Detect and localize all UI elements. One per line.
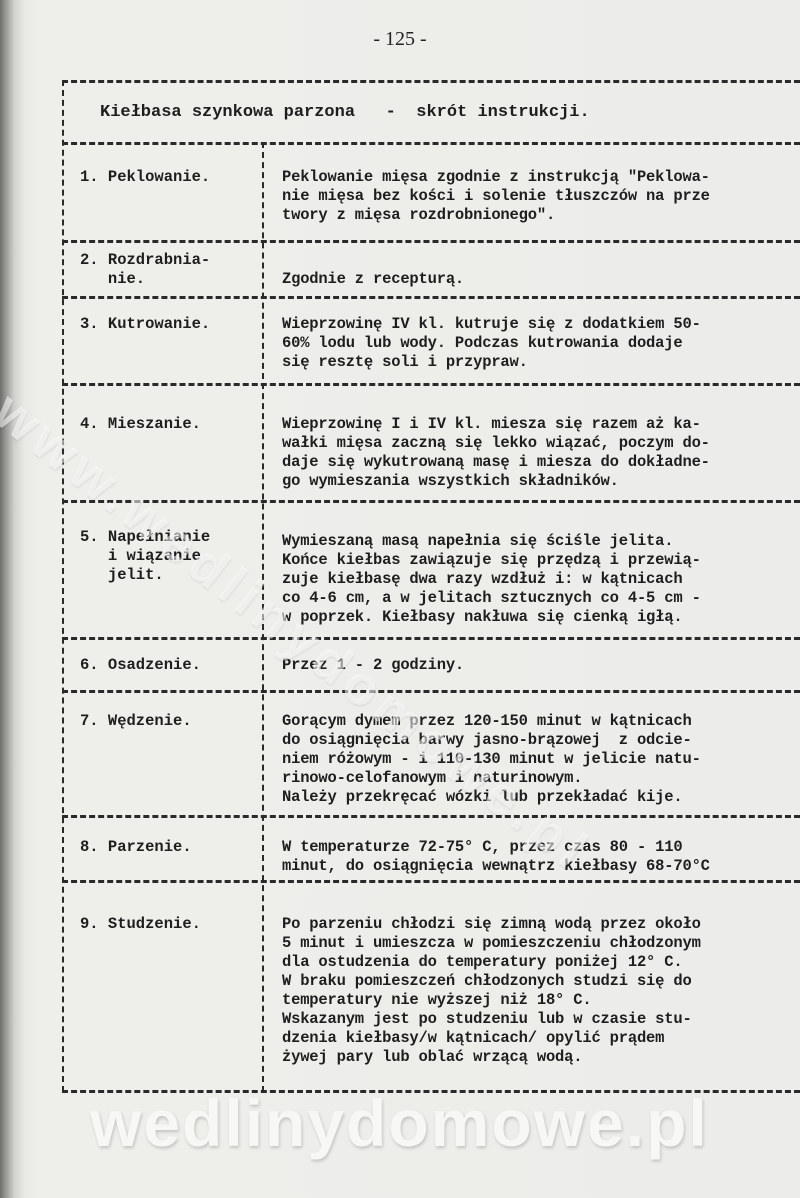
- row-divider: [62, 815, 800, 818]
- step-description: W temperaturze 72-75° C, przez czas 80 -…: [282, 838, 710, 876]
- step-description: Wieprzowinę IV kl. kutruje się z dodatki…: [282, 315, 701, 372]
- step-label: 6. Osadzenie.: [80, 656, 201, 675]
- bottom-watermark: wedlinydomowe.pl: [90, 1085, 709, 1161]
- step-label: 7. Wędzenie.: [80, 712, 192, 731]
- step-label: 1. Peklowanie.: [80, 168, 210, 187]
- step-label: 4. Mieszanie.: [80, 415, 201, 434]
- table-border-left: [62, 80, 64, 1092]
- step-label: 9. Studzenie.: [80, 915, 201, 934]
- table-border-top: [62, 80, 800, 83]
- step-description: Po parzeniu chłodzi się zimną wodą przez…: [282, 915, 701, 1067]
- step-label: 8. Parzenie.: [80, 838, 192, 857]
- step-description: Zgodnie z recepturą.: [282, 251, 464, 289]
- row-divider: [62, 690, 800, 693]
- step-description: Peklowanie mięsa zgodnie z instrukcją "P…: [282, 168, 710, 225]
- row-divider: [62, 142, 800, 145]
- row-divider: [62, 637, 800, 640]
- step-description: Wieprzowinę I i IV kl. miesza się razem …: [282, 415, 710, 491]
- row-divider: [62, 296, 800, 299]
- document-title: Kiełbasa szynkowa parzona - skrót instru…: [100, 103, 590, 122]
- step-label: 2. Rozdrabnia- nie.: [80, 251, 210, 289]
- row-divider: [62, 383, 800, 386]
- row-divider: [62, 240, 800, 243]
- page-number: - 125 -: [0, 28, 800, 51]
- row-divider: [62, 880, 800, 883]
- scanned-page: - 125 - Kiełbasa szynkowa parzona - skró…: [0, 0, 800, 1198]
- step-label: 3. Kutrowanie.: [80, 315, 210, 334]
- step-description: Wymieszaną masą napełnia się ściśle jeli…: [282, 532, 701, 627]
